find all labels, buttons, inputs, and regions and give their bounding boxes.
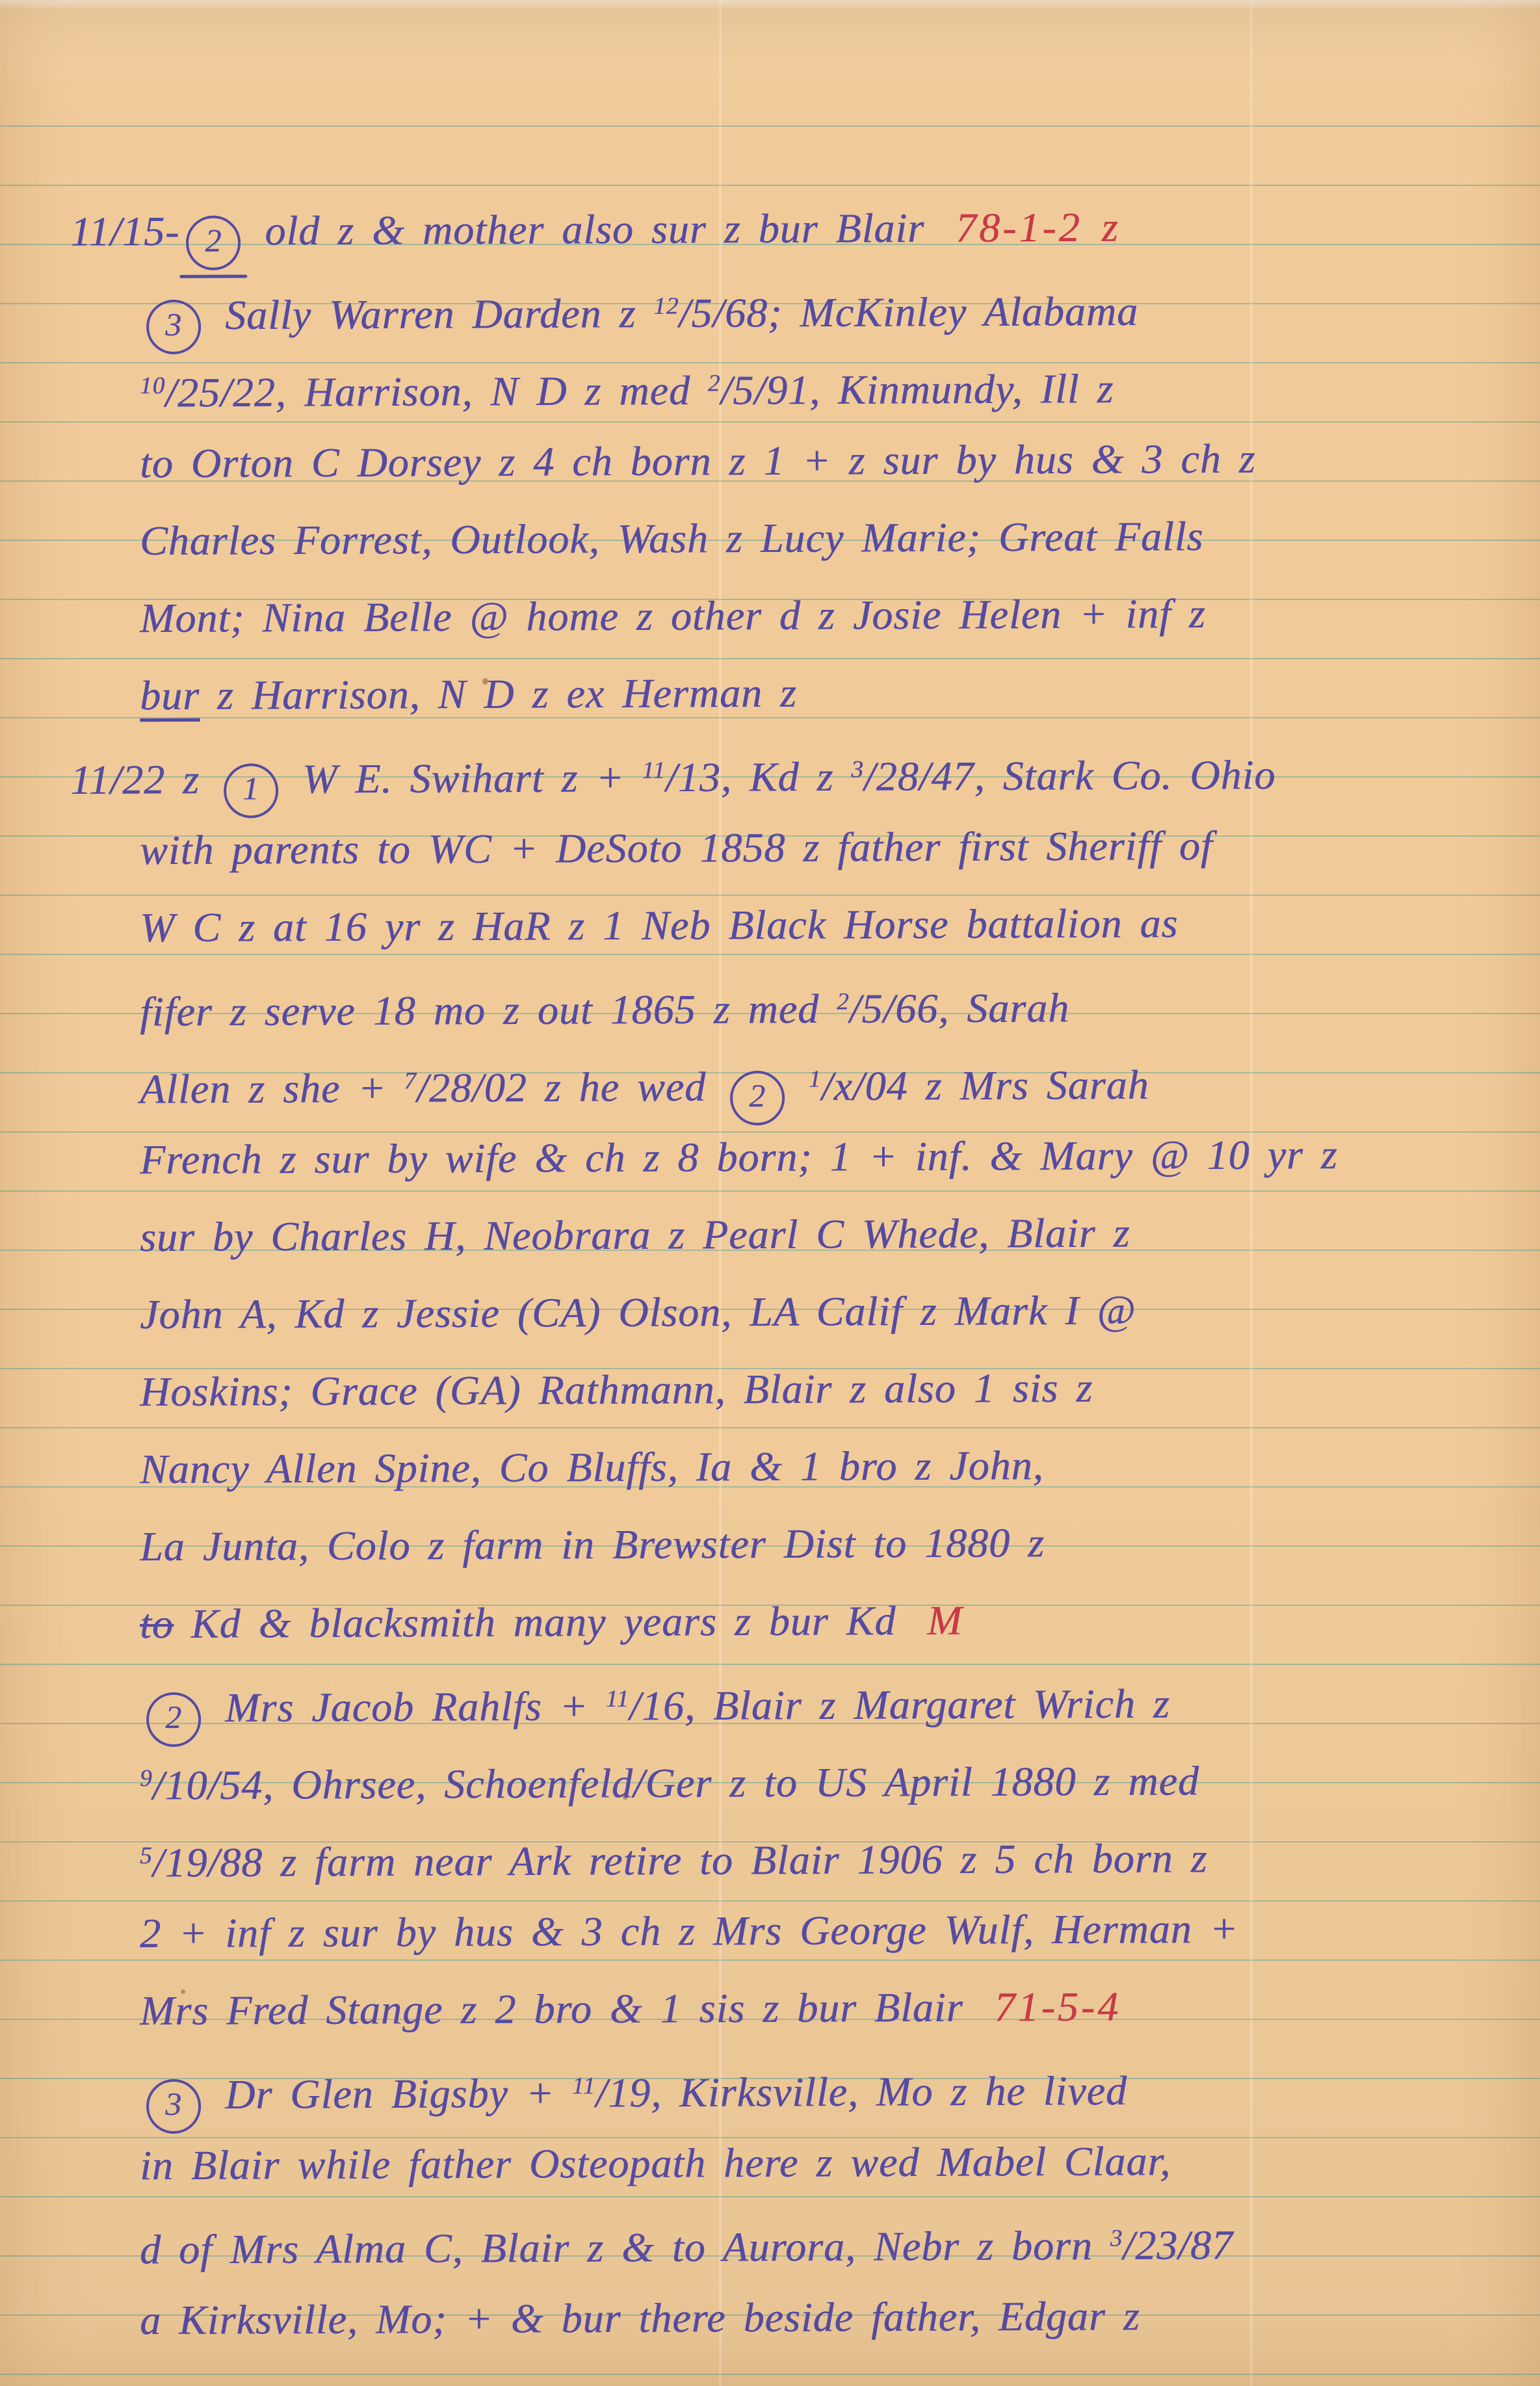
- text-segment: Nancy Allen Spine, Co Bluffs, Ia & 1 bro…: [140, 1442, 1044, 1492]
- text-segment: 11: [572, 2073, 596, 2099]
- text-segment: 2: [708, 370, 721, 397]
- text-segment: Kd & blacksmith many years z bur Kd: [174, 1597, 896, 1647]
- text-segment: /5/68; McKinley Alabama: [679, 288, 1138, 336]
- text-segment: W E. Swihart z +: [285, 754, 642, 802]
- text-segment: in Blair while father Osteopath here z w…: [140, 2138, 1171, 2188]
- text-segment: /10/54, Ohrsee, Schoenfeld/Ger z to US A…: [152, 1757, 1199, 1808]
- text-segment: 10: [140, 373, 165, 399]
- handwritten-line: in Blair while father Osteopath here z w…: [0, 2121, 1520, 2205]
- text-segment: 3: [1110, 2225, 1123, 2252]
- handwritten-line: French z sur by wife & ch z 8 born; 1 + …: [0, 1115, 1520, 1199]
- text-segment: a Kirksville, Mo; + & bur there beside f…: [140, 2292, 1140, 2343]
- text-segment: 9: [140, 1765, 153, 1792]
- handwritten-line: 10/25/22, Harrison, N D z med 2/5/91, Ki…: [0, 341, 1520, 425]
- text-segment: 2: [837, 988, 850, 1015]
- text-segment: fifer z serve 18 mo z out 1865 z med: [140, 986, 837, 1035]
- text-segment: 2 + inf z sur by hus & 3 ch z Mrs George…: [140, 1906, 1238, 1956]
- struck-text: to: [140, 1601, 174, 1647]
- text-segment: 11/15-: [70, 208, 180, 255]
- text-segment: Sally Warren Darden z: [207, 290, 654, 338]
- text-segment: with parents to WC + DeSoto 1858 z fathe…: [140, 822, 1213, 873]
- handwritten-line: Hoskins; Grace (GA) Rathmann, Blair z al…: [0, 1347, 1520, 1431]
- red-annotation: 78-1-2 z: [956, 204, 1121, 251]
- text-segment: d of Mrs Alma C, Blair z & to Aurora, Ne…: [140, 2222, 1110, 2273]
- text-segment: sur by Charles H, Neobrara z Pearl C Whe…: [140, 1210, 1130, 1261]
- handwritten-line: 11/22 z 1 W E. Swihart z + 11/13, Kd z 3…: [0, 728, 1520, 812]
- text-segment: z Harrison, N D z ex Herman z: [200, 670, 797, 718]
- text-segment: Dr Glen Bigsby +: [207, 2070, 572, 2117]
- text-segment: /13, Kd z: [666, 754, 852, 800]
- handwritten-line: Mont; Nina Belle @ home z other d z Josi…: [0, 573, 1520, 657]
- text-segment: 1: [809, 1066, 822, 1093]
- text-segment: 7: [404, 1068, 417, 1094]
- red-annotation: 71-5-4: [994, 1984, 1121, 2030]
- text-segment: Hoskins; Grace (GA) Rathmann, Blair z al…: [140, 1365, 1093, 1415]
- text-segment: John A, Kd z Jessie (CA) Olson, LA Calif…: [140, 1287, 1136, 1337]
- text-segment: /23/87: [1123, 2222, 1233, 2268]
- text-segment: old z & mother also sur z bur Blair: [247, 205, 924, 254]
- text-segment: /19/88 z farm near Ark retire to Blair 1…: [152, 1835, 1207, 1885]
- handwritten-line: Allen z she + 7/28/02 z he wed 2 1/x/04 …: [0, 1038, 1520, 1121]
- text-segment: 11/22 z: [70, 756, 217, 803]
- handwritten-line: 2 Mrs Jacob Rahlfs + 11/16, Blair z Marg…: [0, 1657, 1520, 1740]
- handwritten-line: La Junta, Colo z farm in Brewster Dist t…: [0, 1502, 1520, 1586]
- text-segment: W C z at 16 yr z HaR z 1 Neb Black Horse…: [140, 900, 1179, 950]
- handwritten-line: a Kirksville, Mo; + & bur there beside f…: [0, 2275, 1520, 2359]
- text-segment: /28/47, Stark Co. Ohio: [864, 752, 1276, 800]
- handwritten-line: fifer z serve 18 mo z out 1865 z med 2/5…: [0, 960, 1520, 1044]
- text-segment: French z sur by wife & ch z 8 born; 1 + …: [140, 1131, 1338, 1183]
- handwritten-line: John A, Kd z Jessie (CA) Olson, LA Calif…: [0, 1270, 1520, 1354]
- text-segment: /25/22, Harrison, N D z med: [165, 367, 708, 416]
- handwritten-line: 9/10/54, Ohrsee, Schoenfeld/Ger z to US …: [0, 1734, 1520, 1818]
- handwritten-line: Nancy Allen Spine, Co Bluffs, Ia & 1 bro…: [0, 1424, 1520, 1508]
- text-segment: /19, Kirksville, Mo z he lived: [595, 2067, 1127, 2116]
- handwritten-line: W C z at 16 yr z HaR z 1 Neb Black Horse…: [0, 883, 1520, 967]
- handwritten-line: 3 Dr Glen Bigsby + 11/19, Kirksville, Mo…: [0, 2043, 1520, 2127]
- text-segment: Allen z she +: [140, 1065, 404, 1112]
- handwritten-line: 2 + inf z sur by hus & 3 ch z Mrs George…: [0, 1889, 1520, 1973]
- red-annotation: M: [927, 1597, 965, 1644]
- handwritten-line: d of Mrs Alma C, Blair z & to Aurora, Ne…: [0, 2198, 1520, 2282]
- handwritten-line: with parents to WC + DeSoto 1858 z fathe…: [0, 806, 1520, 889]
- text-segment: /5/66, Sarah: [849, 984, 1069, 1031]
- text-segment: /x/04 z Mrs Sarah: [821, 1062, 1149, 1109]
- text-segment: 5: [140, 1842, 153, 1869]
- text-segment: Mrs Fred Stange z 2 bro & 1 sis z bur Bl…: [140, 1984, 963, 2034]
- handwritten-line: 11/15-2 old z & mother also sur z bur Bl…: [0, 187, 1520, 270]
- handwritten-line: 5/19/88 z farm near Ark retire to Blair …: [0, 1811, 1520, 1895]
- text-segment: /16, Blair z Margaret Wrich z: [629, 1681, 1170, 1729]
- handwritten-line: Charles Forrest, Outlook, Wash z Lucy Ma…: [0, 496, 1520, 580]
- circled-number: 2: [186, 215, 241, 270]
- handwriting-block: 11/15-2 old z & mother also sur z bur Bl…: [0, 190, 1520, 2356]
- text-segment: La Junta, Colo z farm in Brewster Dist t…: [140, 1519, 1045, 1569]
- text-segment: 3: [851, 756, 864, 783]
- text-segment: Mont; Nina Belle @ home z other d z Josi…: [140, 590, 1206, 641]
- text-segment: /5/91, Kinmundy, Ill z: [720, 365, 1114, 413]
- notebook-page: 11/15-2 old z & mother also sur z bur Bl…: [0, 0, 1540, 2386]
- text-segment: /28/02 z he wed: [417, 1064, 724, 1111]
- handwritten-line: 3 Sally Warren Darden z 12/5/68; McKinle…: [0, 264, 1520, 348]
- text-segment: bur: [140, 672, 200, 718]
- handwritten-line: Mrs Fred Stange z 2 bro & 1 sis z bur Bl…: [0, 1966, 1520, 2050]
- handwritten-line: to Kd & blacksmith many years z bur KdM: [0, 1579, 1520, 1663]
- handwritten-line: bur z Harrison, N D z ex Herman z: [0, 651, 1520, 735]
- text-segment: to Orton C Dorsey z 4 ch born z 1 + z su…: [140, 436, 1256, 486]
- text-segment: 12: [653, 293, 679, 320]
- text-segment: [791, 1063, 809, 1109]
- handwritten-line: sur by Charles H, Neobrara z Pearl C Whe…: [0, 1192, 1520, 1276]
- handwritten-line: to Orton C Dorsey z 4 ch born z 1 + z su…: [0, 419, 1520, 503]
- text-segment: Mrs Jacob Rahlfs +: [207, 1683, 606, 1731]
- text-segment: 11: [606, 1686, 630, 1712]
- text-segment: Charles Forrest, Outlook, Wash z Lucy Ma…: [140, 513, 1204, 564]
- text-segment: 11: [642, 757, 666, 784]
